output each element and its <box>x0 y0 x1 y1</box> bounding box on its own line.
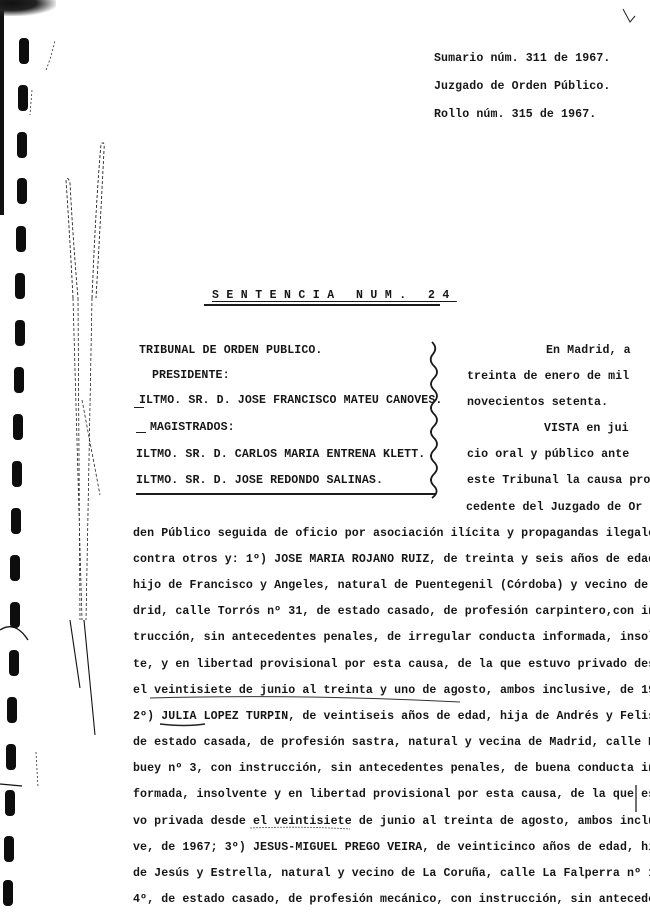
document-page: Sumario núm. 311 de 1967. Juzgado de Ord… <box>0 0 650 919</box>
pencil-underlines <box>0 0 650 919</box>
